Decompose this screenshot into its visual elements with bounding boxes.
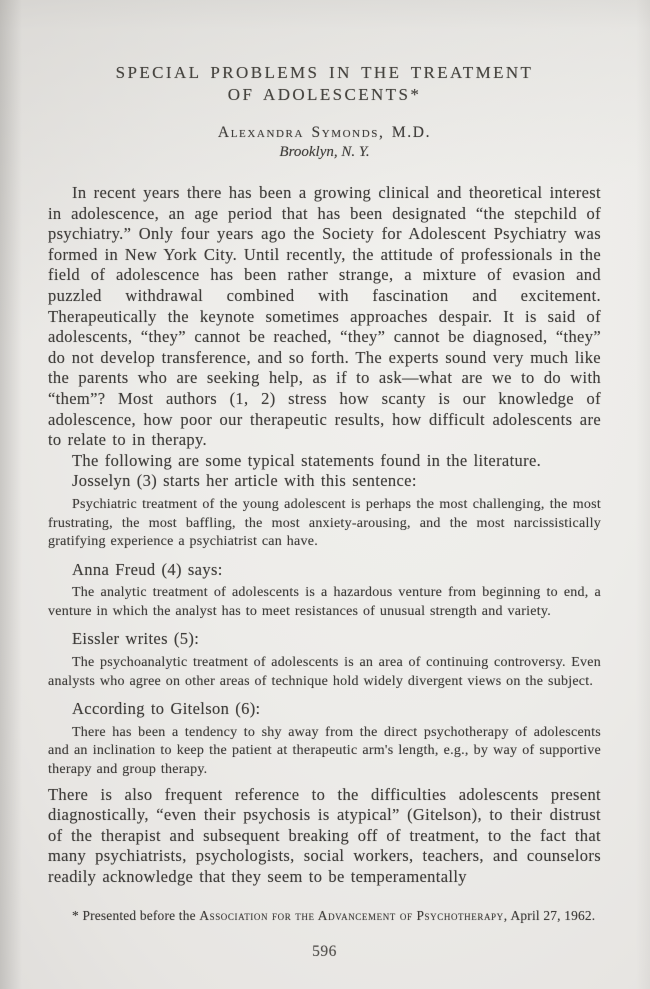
paragraph-gitelson-lead: According to Gitelson (6): bbox=[48, 699, 601, 720]
paragraph-difficulties: There is also frequent reference to the … bbox=[48, 785, 601, 888]
author-location: Brooklyn, N. Y. bbox=[48, 143, 601, 162]
quote-gitelson: There has been a tendency to shy away fr… bbox=[48, 724, 601, 780]
quote-anna-freud: The analytic treatment of adolescents is… bbox=[48, 584, 601, 621]
footnote-date: April 27, 1962. bbox=[508, 908, 596, 923]
paragraph-anna-freud-lead: Anna Freud (4) says: bbox=[48, 560, 601, 581]
quote-josselyn: Psychiatric treatment of the young adole… bbox=[48, 496, 601, 552]
article-title-line-2: OF ADOLESCENTS* bbox=[48, 84, 601, 106]
footnote-association-smallcaps: Association for the Advancement of Psych… bbox=[199, 908, 507, 923]
page-number: 596 bbox=[48, 943, 601, 961]
article-title-line-1: SPECIAL PROBLEMS IN THE TREATMENT bbox=[48, 62, 601, 84]
paragraph-josselyn-lead: Josselyn (3) starts her article with thi… bbox=[48, 471, 601, 492]
author-name: Alexandra Symonds, M.D. bbox=[48, 123, 601, 142]
footnote-presented-before: * Presented before the Association for t… bbox=[48, 907, 601, 925]
article-title: SPECIAL PROBLEMS IN THE TREATMENT OF ADO… bbox=[48, 62, 601, 106]
paragraph-intro: In recent years there has been a growing… bbox=[48, 183, 601, 451]
paragraph-eissler-lead: Eissler writes (5): bbox=[48, 629, 601, 650]
quote-eissler: The psychoanalytic treatment of adolesce… bbox=[48, 654, 601, 691]
scanned-paper-page: SPECIAL PROBLEMS IN THE TREATMENT OF ADO… bbox=[0, 0, 650, 989]
footnote-prefix: * Presented before the bbox=[72, 908, 199, 923]
paragraph-following-statements: The following are some typical statement… bbox=[48, 451, 601, 472]
